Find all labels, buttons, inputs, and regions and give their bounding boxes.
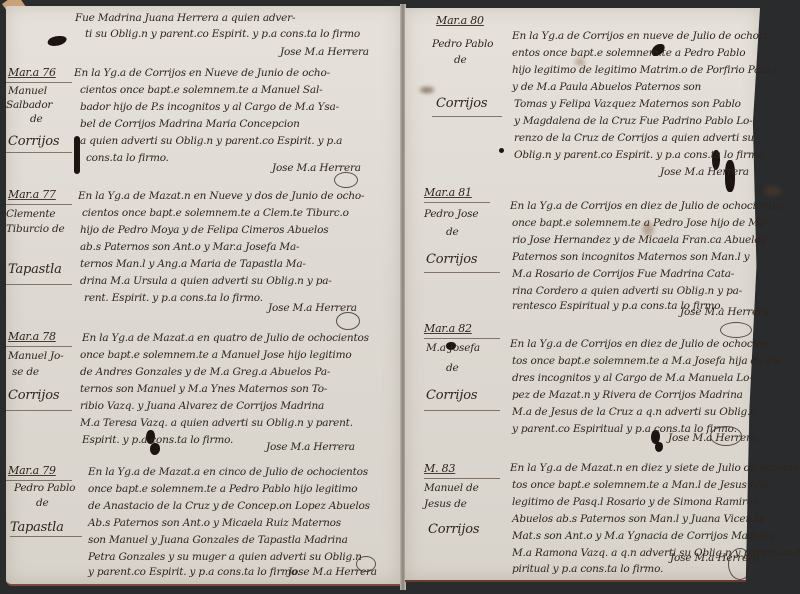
entry-line: Abuelos ab.s Paternos son Man.l y Juana … [512, 513, 765, 525]
entry-line: tos once bapt.e solemnem.te a M.a Josefa… [512, 355, 782, 367]
margin-rule [6, 410, 72, 411]
entry-line: bel de Corrijos Madrina Maria Concepcion [80, 118, 300, 130]
entry-line: rio Jose Hernandez y de Micaela Fran.ca … [512, 234, 766, 246]
entry-number: Mar.a 82 [424, 322, 472, 335]
entry-line: En la Yg.a de Mazat.a en quatro de Julio… [82, 332, 369, 344]
entry-line: hijo legitimo de legitimo Matrim.o de Po… [512, 64, 776, 76]
entry-line: Espirit. y p.a cons.ta lo firmo. [82, 434, 233, 446]
entry-line: once bapt.e solemnem.te a Pedro Jose hij… [512, 217, 768, 229]
signature: Jose M.a Herrera [660, 166, 749, 178]
entry-number: Mar.a 81 [424, 186, 472, 199]
entry-number: Mar.a 78 [8, 330, 56, 343]
entry-line: pez de Mazat.n y Rivera de Corrijos Madr… [512, 389, 743, 401]
margin-rule [6, 152, 72, 153]
margin-place: Tapastla [8, 262, 62, 277]
entry-line: En la Yg.a de Corrijos en nueve de Julio… [512, 30, 771, 42]
margin-name: de [454, 54, 467, 66]
entry-number: M. 83 [424, 462, 455, 475]
entry-line: renzo de la Cruz de Corrijos a quien adv… [514, 132, 754, 144]
signature-flourish [728, 548, 752, 580]
margin-name: se de [12, 366, 39, 378]
margin-rule [6, 480, 72, 481]
margin-rule [424, 202, 490, 203]
margin-name: Jesus de [424, 498, 467, 510]
entry-number: Mar.a 76 [8, 66, 56, 79]
entry-line: M.a Rosario de Corrijos Fue Madrina Cata… [512, 268, 734, 280]
entry-line: dres incognitos y al Cargo de M.a Manuel… [512, 372, 753, 384]
margin-place: Corrijos [8, 388, 59, 403]
entry-line: Oblig.n y parent.co Espirit. y p.a cons.… [514, 149, 767, 161]
margin-name: Pedro Jose [424, 208, 478, 220]
margin-name: de [30, 113, 43, 125]
signature: Jose M.a Herrera [680, 306, 769, 318]
margin-place: Corrijos [426, 252, 477, 267]
margin-name: Pedro Pablo [14, 482, 75, 494]
margin-place: Corrijos [428, 522, 479, 537]
entry-line: son Manuel y Juana Gonzales de Tapastla … [88, 534, 348, 546]
entry-line: y Magdalena de la Cruz Fue Padrino Pablo… [514, 115, 752, 127]
margin-name: de [446, 362, 459, 374]
continuation-line: ti su Oblig.n y parent.co Espirit. y p.a… [85, 28, 360, 40]
margin-place: Corrijos [436, 96, 487, 111]
signature-flourish [356, 556, 376, 572]
entry-line: En la Yg.a de Corrijos en Nueve de Junio… [74, 67, 330, 79]
margin-rule [6, 204, 72, 205]
entry-line: y parent.co Espirit. y p.a cons.ta lo fi… [88, 566, 300, 578]
signature-flourish [336, 312, 360, 330]
entry-line: ab.s Paternos son Ant.o y Mar.a Josefa M… [80, 241, 299, 253]
entry-line: once bapt.e solemnem.te a Manuel Jose hi… [80, 349, 351, 361]
entry-line: hijo de Pedro Moya y de Felipa Cimeros A… [80, 224, 328, 236]
entry-line: En la Yg.a de Mazat.n en Nueve y dos de … [78, 190, 364, 202]
margin-place: Corrijos [426, 388, 477, 403]
margin-rule [424, 272, 500, 273]
paper-stain [764, 186, 782, 196]
margin-place: Corrijos [8, 134, 59, 149]
entry-line: ternos son Manuel y M.a Ynes Maternos so… [80, 383, 327, 395]
paper-stain [420, 87, 434, 93]
entry-number: Mar.a 80 [436, 14, 484, 27]
entry-line: M.a de Jesus de la Cruz a q.n adverti su… [512, 406, 757, 418]
entry-line: Mat.s son Ant.o y M.a Ygnacia de Corrijo… [512, 530, 775, 542]
entry-line: legitimo de Pasq.l Rosario y de Simona R… [512, 496, 758, 508]
margin-name: Manuel de [424, 482, 479, 494]
entry-line: Paternos son incognitos Maternos son Man… [512, 251, 749, 263]
margin-name: Tiburcio de [6, 223, 65, 235]
entry-line: rina Cordero a quien adverti su Oblig.n … [512, 285, 742, 297]
entry-line: En la Yg.a de Corrijos en diez de Julio … [510, 200, 784, 212]
margin-name: Manuel Jo- [8, 350, 64, 362]
entry-line: bador hijo de P.s incognitos y al Cargo … [80, 101, 339, 113]
entry-line: de Anastacio de la Cruz y de Concep.on L… [88, 500, 370, 512]
ink-dot [499, 148, 504, 153]
entry-line: En la Yg.a de Corrijos en diez de Julio … [510, 338, 772, 350]
margin-name: Pedro Pablo [432, 38, 493, 50]
entry-line: ribio Vazq. y Juana Alvarez de Corrijos … [80, 400, 324, 412]
entry-line: En la Yg.a de Mazat.n en diez y siete de… [510, 462, 800, 474]
margin-rule [424, 338, 500, 339]
entry-line: M.a Teresa Vazq. a quien adverti su Obli… [80, 417, 353, 429]
entry-line: rent. Espirit. y p.a cons.ta lo firmo. [84, 292, 263, 304]
margin-name: Clemente [6, 208, 55, 220]
margin-rule [6, 82, 72, 83]
margin-name: Salbador [6, 99, 52, 111]
margin-name: Manuel [8, 85, 47, 97]
entry-line: Ab.s Paternos son Ant.o y Micaela Ruiz M… [88, 517, 341, 529]
entry-line: drina M.a Ursula a quien adverti su Obli… [80, 275, 332, 287]
entry-line: tos once bapt.e solemnem.te a Man.l de J… [512, 479, 769, 491]
signature-flourish [334, 172, 358, 188]
margin-rule [6, 346, 72, 347]
margin-name: de [446, 226, 459, 238]
entry-line: Petra Gonzales y su muger a quien advert… [88, 551, 362, 563]
entry-line: once bapt.e solemnem.te a Pedro Pablo hi… [88, 483, 357, 495]
entry-line: de Andres Gonzales y de M.a Greg.a Abuel… [80, 366, 330, 378]
signature-flourish [710, 426, 742, 446]
entry-line: piritual y p.a cons.ta lo firmo. [512, 563, 663, 575]
margin-rule [10, 536, 82, 537]
entry-number: Mar.a 79 [8, 464, 56, 477]
margin-rule [6, 284, 72, 285]
entry-line: ternos Man.l y Ang.a Maria de Tapastla M… [80, 258, 306, 270]
entry-line: cientos once bapt.e solemnem.te a Clem.t… [82, 207, 349, 219]
margin-name: de [36, 497, 49, 509]
signature: Jose M.a Herrera [280, 46, 369, 58]
open-manuscript-book: Fue Madrina Juana Herrera a quien adver-… [0, 0, 800, 594]
signature: Jose M.a Herrera [266, 441, 355, 453]
entry-line: Tomas y Felipa Vazquez Maternos son Pabl… [514, 98, 741, 110]
continuation-line: Fue Madrina Juana Herrera a quien adver- [75, 12, 295, 24]
margin-rule [432, 116, 502, 117]
entry-line: cientos once bapt.e solemnem.te a Manuel… [80, 84, 323, 96]
margin-name: M.a Josefa [426, 342, 480, 354]
entry-line: cons.ta lo firmo. [86, 152, 169, 164]
signature-flourish [720, 322, 752, 338]
entry-number: Mar.a 77 [8, 188, 56, 201]
entry-line: a quien adverti su Oblig.n y parent.co E… [80, 135, 342, 147]
margin-rule [424, 410, 500, 411]
entry-line: En la Yg.a de Mazat.a en cinco de Julio … [88, 466, 368, 478]
margin-place: Tapastla [10, 520, 64, 535]
entry-line: y de M.a Paula Abuelos Paternos son [512, 81, 701, 93]
margin-rule [424, 478, 500, 479]
entry-line: entos once bapt.e solemnem.te a Pedro Pa… [512, 47, 745, 59]
